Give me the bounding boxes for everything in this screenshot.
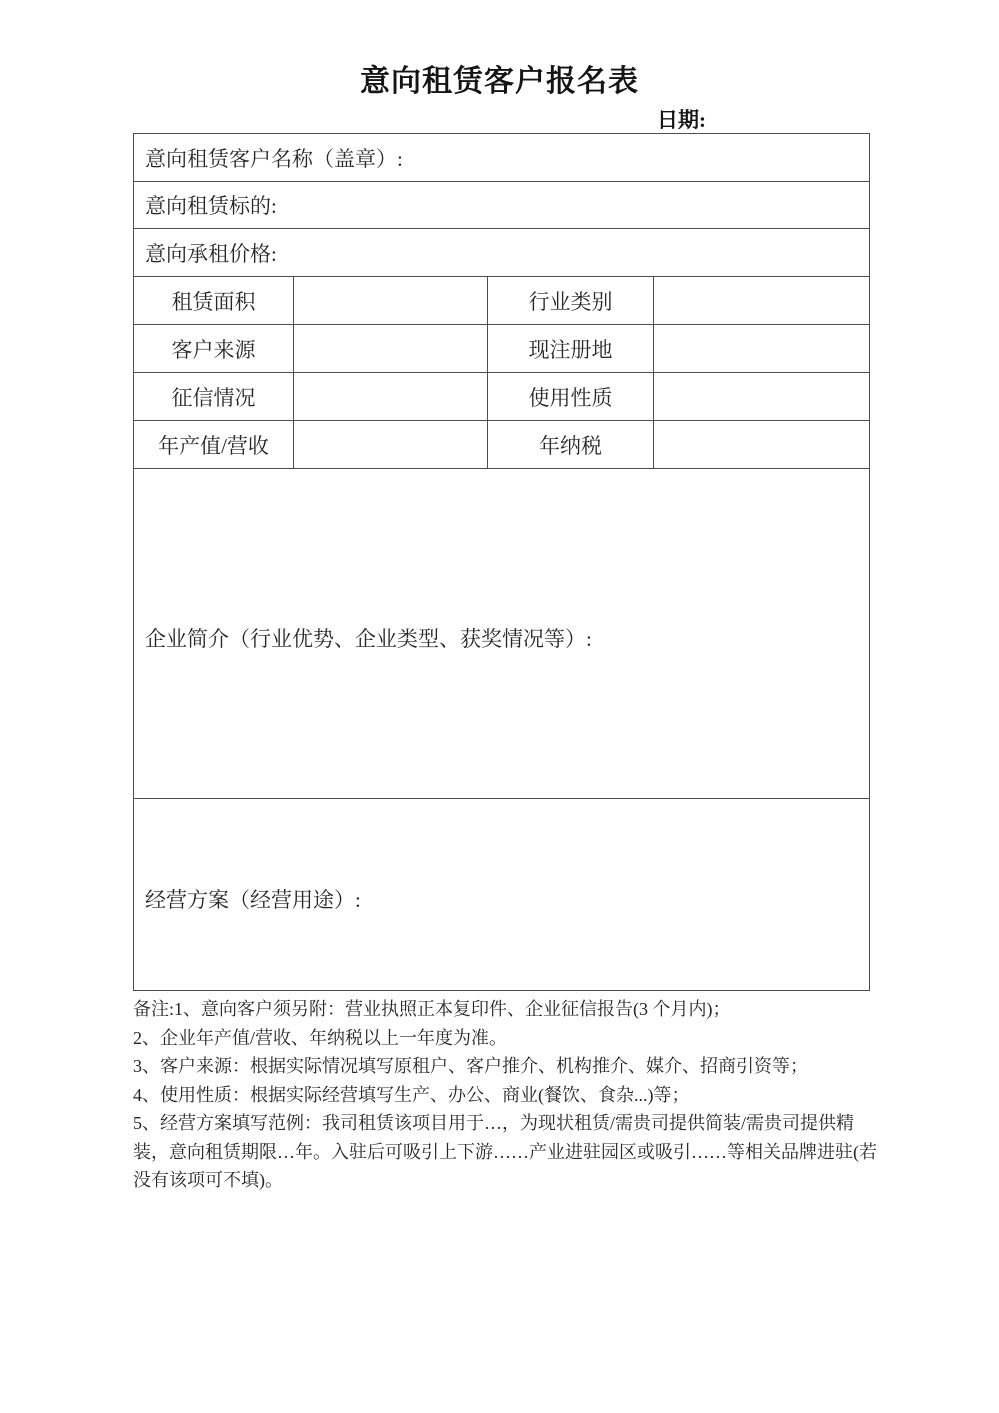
input-usage-nature[interactable] — [654, 373, 870, 421]
input-annual-output[interactable] — [294, 421, 488, 469]
input-annual-tax[interactable] — [654, 421, 870, 469]
table-row-output-tax: 年产值/营收 年纳税 — [134, 421, 870, 469]
table-row-source-address: 客户来源 现注册地 — [134, 325, 870, 373]
field-business-plan[interactable]: 经营方案（经营用途）: — [134, 799, 870, 991]
label-usage-nature: 使用性质 — [488, 373, 654, 421]
table-row-client-name: 意向租赁客户名称（盖章）: — [134, 134, 870, 182]
field-client-name[interactable]: 意向租赁客户名称（盖章）: — [134, 134, 870, 182]
label-credit-status: 征信情况 — [134, 373, 294, 421]
label-customer-source: 客户来源 — [134, 325, 294, 373]
field-company-profile-label: 企业简介（行业优势、企业类型、获奖情况等）: — [145, 627, 592, 651]
field-intended-price-label: 意向承租价格: — [145, 242, 277, 266]
note-line-4: 4、使用性质：根据实际经营填写生产、办公、商业(餐饮、食杂...)等； — [133, 1081, 880, 1110]
field-company-profile[interactable]: 企业简介（行业优势、企业类型、获奖情况等）: — [134, 469, 870, 799]
input-customer-source[interactable] — [294, 325, 488, 373]
input-lease-area[interactable] — [294, 277, 488, 325]
table-row-company-profile: 企业简介（行业优势、企业类型、获奖情况等）: — [134, 469, 870, 799]
table-row-business-plan: 经营方案（经营用途）: — [134, 799, 870, 991]
input-registered-address[interactable] — [654, 325, 870, 373]
label-annual-tax: 年纳税 — [488, 421, 654, 469]
label-annual-output: 年产值/营收 — [134, 421, 294, 469]
table-row-area-industry: 租赁面积 行业类别 — [134, 277, 870, 325]
registration-form-table: 意向租赁客户名称（盖章）: 意向租赁标的: 意向承租价格: 租赁面积 行业类别 … — [133, 133, 870, 991]
table-row-lease-subject: 意向租赁标的: — [134, 182, 870, 229]
page-title: 意向租赁客户报名表 — [0, 56, 999, 100]
field-lease-subject-label: 意向租赁标的: — [145, 194, 277, 218]
date-label: 日期: — [657, 104, 706, 134]
label-industry-category: 行业类别 — [488, 277, 654, 325]
input-industry-category[interactable] — [654, 277, 870, 325]
note-line-5: 5、经营方案填写范例：我司租赁该项目用于…，为现状租赁/需贵司提供简装/需贵司提… — [133, 1109, 880, 1195]
note-line-1: 备注:1、意向客户须另附：营业执照正本复印件、企业征信报告(3 个月内)； — [133, 995, 880, 1024]
input-credit-status[interactable] — [294, 373, 488, 421]
field-business-plan-label: 经营方案（经营用途）: — [145, 888, 361, 912]
field-intended-price[interactable]: 意向承租价格: — [134, 229, 870, 277]
field-client-name-label: 意向租赁客户名称（盖章）: — [145, 147, 403, 171]
label-registered-address: 现注册地 — [488, 325, 654, 373]
note-line-2: 2、企业年产值/营收、年纳税以上一年度为准。 — [133, 1024, 880, 1053]
field-lease-subject[interactable]: 意向租赁标的: — [134, 182, 870, 229]
label-lease-area: 租赁面积 — [134, 277, 294, 325]
note-line-3: 3、客户来源：根据实际情况填写原租户、客户推介、机构推介、媒介、招商引资等； — [133, 1052, 880, 1081]
table-row-intended-price: 意向承租价格: — [134, 229, 870, 277]
table-row-credit-usage: 征信情况 使用性质 — [134, 373, 870, 421]
notes-section: 备注:1、意向客户须另附：营业执照正本复印件、企业征信报告(3 个月内)； 2、… — [133, 995, 880, 1195]
